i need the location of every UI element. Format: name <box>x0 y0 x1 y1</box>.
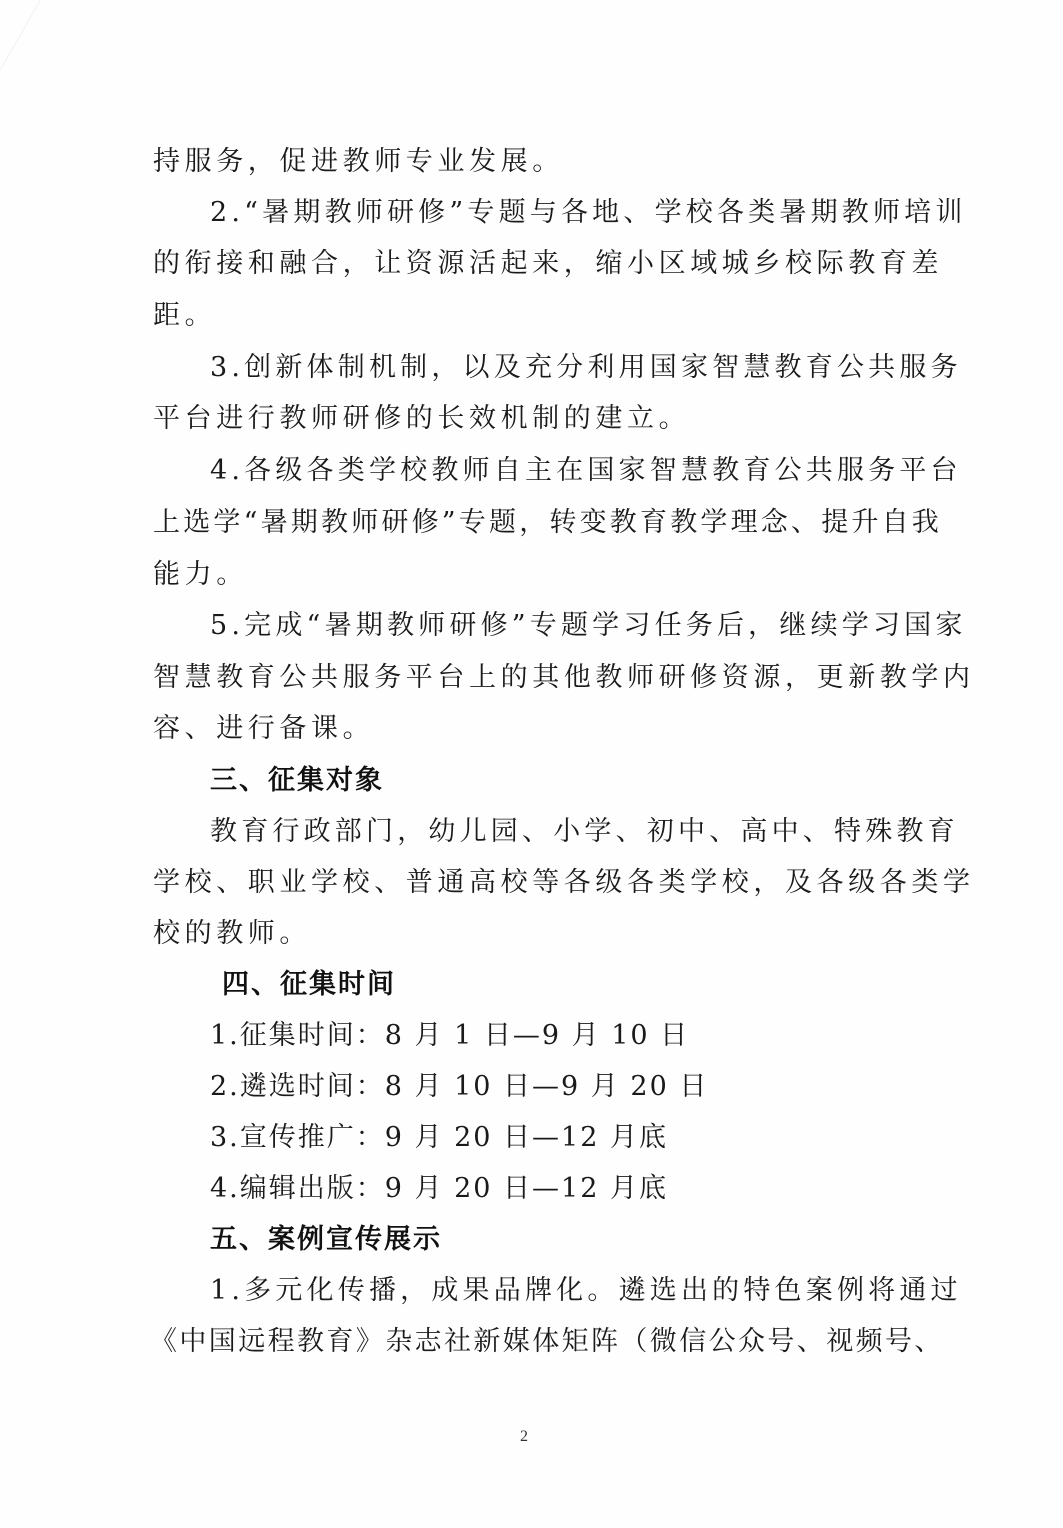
list-item-5: 5.完成“暑期教师研修”专题学习任务后，继续学习国家 <box>210 608 970 644</box>
paragraph-line: 平台进行教师研修的长效机制的建立。 <box>153 401 913 437</box>
paragraph-line: 距。 <box>153 298 913 334</box>
paragraph-line: 持服务，促进教师专业发展。 <box>153 144 913 180</box>
page-number: 2 <box>520 1428 528 1446</box>
paragraph-line: 智慧教育公共服务平台上的其他教师研修资源，更新教学内 <box>153 660 913 696</box>
paragraph-line: 的衔接和融合，让资源活起来，缩小区域城乡校际教育差 <box>153 246 913 282</box>
scan-artifact <box>0 0 41 80</box>
list-item-2: 2.“暑期教师研修”专题与各地、学校各类暑期教师培训 <box>210 195 970 231</box>
list-item-1: 1.多元化传播，成果品牌化。遴选出的特色案例将通过 <box>210 1273 970 1309</box>
paragraph-line: 能力。 <box>153 557 913 593</box>
paragraph-line: 《中国远程教育》杂志社新媒体矩阵（微信公众号、视频号、 <box>150 1324 910 1360</box>
paragraph-line: 教育行政部门，幼儿园、小学、初中、高中、特殊教育 <box>210 814 970 850</box>
section-heading-4: 四、征集时间 <box>222 967 982 1003</box>
section-heading-3: 三、征集对象 <box>210 763 970 799</box>
paragraph-line: 校的教师。 <box>153 916 913 952</box>
document-page: 持服务，促进教师专业发展。 2.“暑期教师研修”专题与各地、学校各类暑期教师培训… <box>0 0 1063 1528</box>
paragraph-line: 学校、职业学校、普通高校等各级各类学校，及各级各类学 <box>153 865 913 901</box>
paragraph-line: 上选学“暑期教师研修”专题，转变教育教学理念、提升自我 <box>153 505 913 541</box>
schedule-item-promotion: 3.宣传推广：9 月 20 日—12 月底 <box>210 1120 970 1156</box>
paragraph-line: 容、进行备课。 <box>153 711 913 747</box>
schedule-item-collection: 1.征集时间：8 月 1 日—9 月 10 日 <box>210 1018 970 1054</box>
list-item-3: 3.创新体制机制，以及充分利用国家智慧教育公共服务 <box>210 350 970 386</box>
list-item-4: 4.各级各类学校教师自主在国家智慧教育公共服务平台 <box>210 453 970 489</box>
schedule-item-publishing: 4.编辑出版：9 月 20 日—12 月底 <box>210 1171 970 1207</box>
section-heading-5: 五、案例宣传展示 <box>210 1222 970 1258</box>
schedule-item-selection: 2.遴选时间：8 月 10 日—9 月 20 日 <box>210 1069 970 1105</box>
